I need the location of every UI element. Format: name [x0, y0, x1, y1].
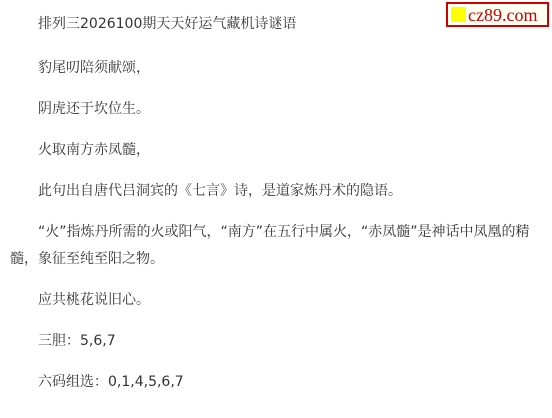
pick-label: 六码组选：	[38, 374, 108, 390]
commentary-explanation: “火”指炼丹所需的火或阳气，“南方”在五行中属火，“赤凤髓”是神话中凤凰的精髓，…	[10, 219, 542, 273]
poem-line-1: 豹尾叨陪须献颂，	[10, 55, 542, 82]
poem-line-2: 阴虎还于坎位生。	[10, 96, 542, 123]
pick-label: 三胆：	[38, 333, 80, 349]
article-body: 排列三2026100期天天好运气藏机诗谜语 豹尾叨陪须献颂， 阴虎还于坎位生。 …	[0, 0, 552, 396]
site-logo-text: cz89.com	[468, 6, 537, 24]
site-logo[interactable]: cz89.com	[446, 2, 549, 27]
pick-row-three-dan: 三胆：5,6,7	[10, 328, 542, 355]
pick-value: 0,1,4,5,6,7	[108, 374, 184, 390]
poem-line-4: 应共桃花说旧心。	[10, 287, 542, 314]
pick-row-six-code: 六码组选：0,1,4,5,6,7	[10, 369, 542, 396]
commentary-source: 此句出自唐代吕洞宾的《七言》诗，是道家炼丹术的隐语。	[10, 178, 542, 205]
yellow-square-icon	[451, 7, 466, 22]
pick-value: 5,6,7	[80, 333, 116, 349]
poem-line-3: 火取南方赤凤髓，	[10, 137, 542, 164]
